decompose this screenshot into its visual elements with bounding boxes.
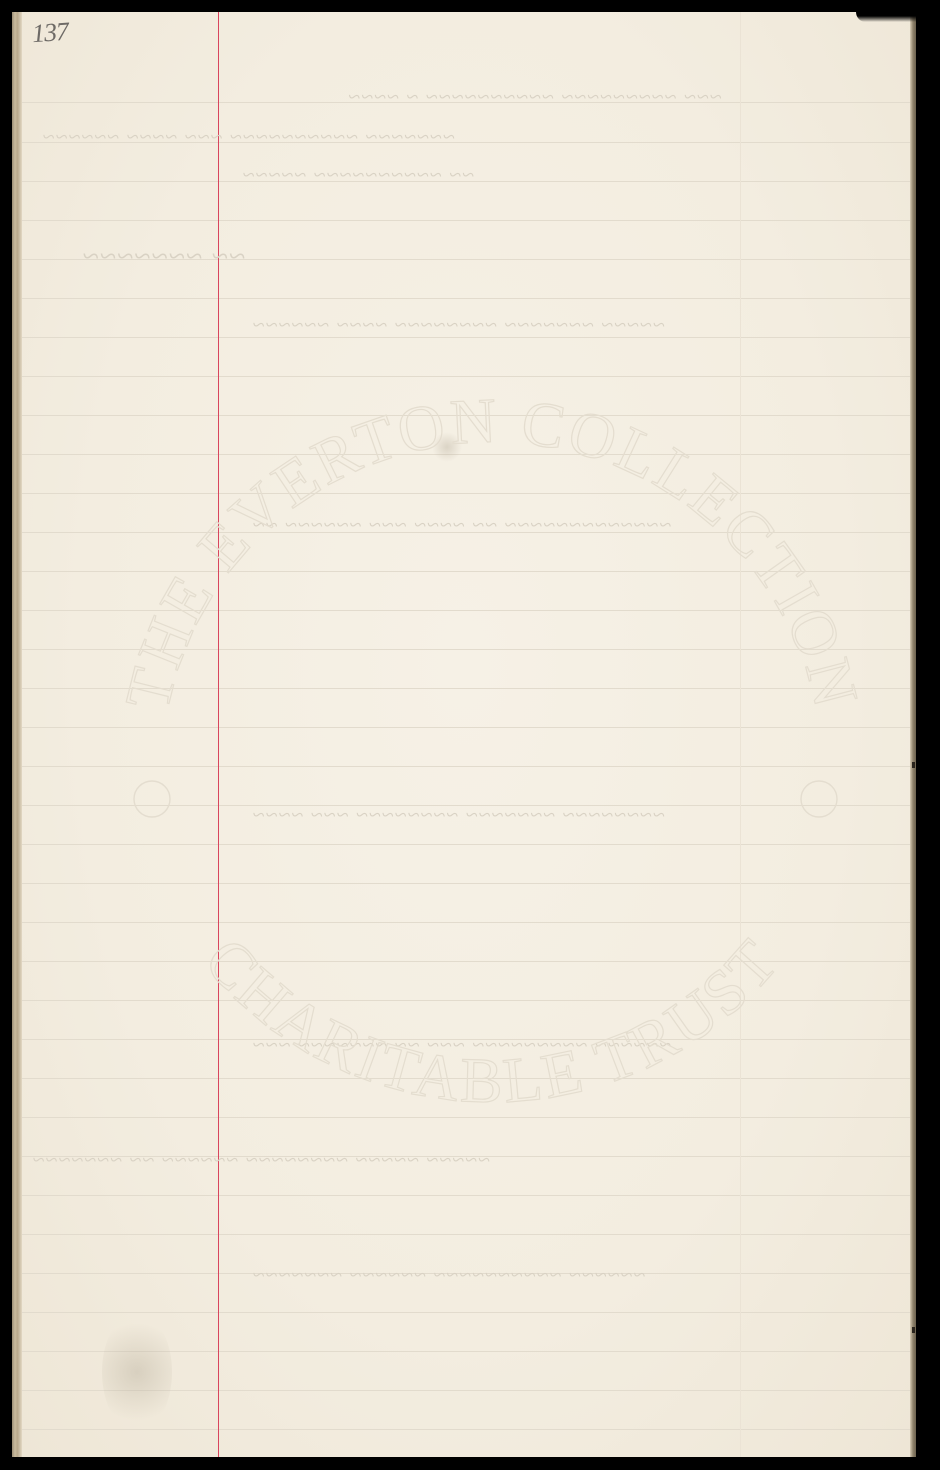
bleed-through-line: ~~ ~~~~~~~~~~ ~~~~~ xyxy=(242,162,474,188)
bleed-through-line: ~~ ~~~~~~~ xyxy=(82,240,246,274)
red-margin-line xyxy=(218,12,219,1457)
column-divider xyxy=(740,12,741,1457)
ledger-page: 137 ~~~ ~~~~~~~~~ ~~~~~~~~~~ ~ ~~~~ ~~~~… xyxy=(12,12,916,1457)
binding-mark xyxy=(912,1327,915,1333)
bleed-through-line: ~~~~~ ~~~~~ ~~~~~~~~ ~~~~~~ ~~ ~~~~~~~ xyxy=(32,1147,490,1173)
bleed-through-line: ~~~~~ ~~~~~~~ ~~~~~~~~ ~~~~ ~~~~~~ xyxy=(252,312,665,338)
binding-mark xyxy=(912,762,915,768)
bleed-through-line: ~~~~~~~~ ~~~~~~~ ~~~~~~~~ ~~~ ~~~~ xyxy=(252,802,665,828)
bleed-through-line: ~~~~~~~ ~~~~~~~~~~ ~~~ ~~~~ ~~~~~~ xyxy=(42,124,455,150)
stain xyxy=(432,432,462,462)
ruled-lines xyxy=(12,12,916,1457)
bleed-through-line: ~~~ ~~~~~~~~~ ~~~~~~~~~~ ~ ~~~~ xyxy=(62,84,722,110)
bleed-through-line: ~~~~~~~~~~~~~ ~~ ~~~~ ~~~ ~~~~~~ ~~ xyxy=(252,512,672,538)
stain xyxy=(102,1312,172,1432)
bleed-through-line: ~~~~~~ ~~~~~~~~~ ~~~ ~~ ~~~~~~~ ~~~ xyxy=(252,1032,672,1058)
bleed-through-line: ~~~~~~ ~~~~~~~~~~ ~~~~~~ ~~~~~~~ xyxy=(252,1262,646,1288)
page-number: 137 xyxy=(31,17,69,49)
